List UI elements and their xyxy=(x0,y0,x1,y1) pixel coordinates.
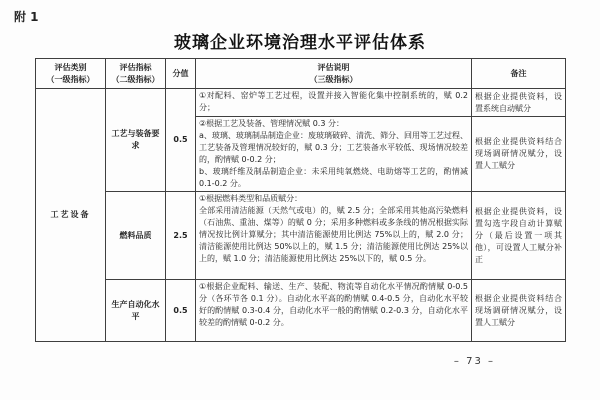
description-cell: ①根据燃料类型和品质赋分： 全部采用清洁能源（天然气或电）的，赋 2.5 分；全… xyxy=(196,192,472,280)
page-title: 玻璃企业环境治理水平评估体系 xyxy=(0,28,600,53)
score-cell: 2.5 xyxy=(166,192,196,280)
category-cell: 工艺设备 xyxy=(36,89,106,342)
remark-cell: 根据企业提供资料结合现场调研情况赋分，设置人工赋分 xyxy=(472,117,566,192)
indicator-cell: 生产自动化水平 xyxy=(106,280,166,342)
header-description: 评估说明 （三级指标） xyxy=(196,59,472,89)
table-header-row: 评估类别 （一级指标） 评估指标 （二级指标） 分值 评估说明 （三级指标） 备… xyxy=(36,59,566,89)
description-cell: ①根据企业配料、输送、生产、装配、物流等自动化水平情况酌情赋 0-0.5 分（各… xyxy=(196,280,472,342)
header-score: 分值 xyxy=(166,59,196,89)
page-number: – 73 – xyxy=(454,356,495,367)
header-category: 评估类别 （一级指标） xyxy=(36,59,106,89)
remark-cell: 根据企业提供资料，设置系统自动赋分 xyxy=(472,89,566,117)
evaluation-table: 评估类别 （一级指标） 评估指标 （二级指标） 分值 评估说明 （三级指标） 备… xyxy=(35,58,566,342)
description-cell: ①对配料、窑炉等工艺过程，设置并接入智能化集中控制系统的，赋 0.2 分； xyxy=(196,89,472,117)
table-row: 生产自动化水平 0.5 ①根据企业配料、输送、生产、装配、物流等自动化水平情况酌… xyxy=(36,280,566,342)
attachment-label: 附 1 xyxy=(14,8,39,25)
remark-cell: 根据企业提供资料，设置勾选字段自动计算赋分（最后设置一项其他），可设置人工赋分补… xyxy=(472,192,566,280)
table-row: 燃料品质 2.5 ①根据燃料类型和品质赋分： 全部采用清洁能源（天然气或电）的，… xyxy=(36,192,566,280)
remark-cell: 根据企业提供资料结合现场调研情况赋分，设置人工赋分 xyxy=(472,280,566,342)
score-cell: 0.5 xyxy=(166,280,196,342)
table-row: 工艺设备 工艺与装备要求 0.5 ①对配料、窑炉等工艺过程，设置并接入智能化集中… xyxy=(36,89,566,117)
header-remark: 备注 xyxy=(472,59,566,89)
description-cell: ②根据工艺及装备、管理情况赋 0.3 分： a、玻璃、玻璃制品制造企业：废玻璃破… xyxy=(196,117,472,192)
document-page: { "page": { "attachment_label": "附 1", "… xyxy=(0,0,600,400)
header-indicator: 评估指标 （二级指标） xyxy=(106,59,166,89)
indicator-cell: 燃料品质 xyxy=(106,192,166,280)
score-cell: 0.5 xyxy=(166,89,196,192)
indicator-cell: 工艺与装备要求 xyxy=(106,89,166,192)
